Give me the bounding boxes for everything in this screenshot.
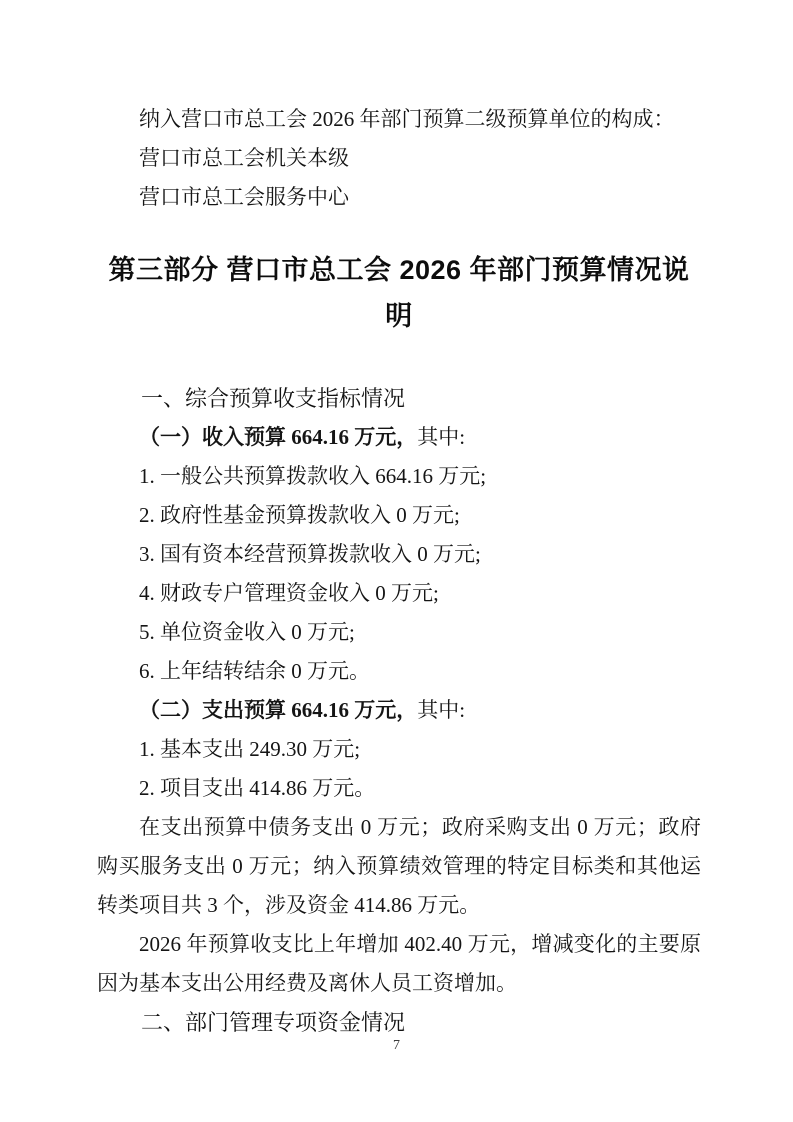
income-lead-bold: （一）收入预算 664.16 万元， (139, 425, 417, 449)
intro-composition-paragraph: 纳入营口市总工会 2026 年部门预算二级预算单位的构成： (97, 100, 701, 139)
unit-line-2: 营口市总工会服务中心 (97, 178, 701, 217)
expense-lead-suffix: 其中: (417, 698, 465, 722)
income-lead-line: （一）收入预算 664.16 万元，其中: (97, 418, 701, 457)
expense-item-1: 1. 基本支出 249.30 万元; (97, 730, 701, 769)
unit-line-1: 营口市总工会机关本级 (97, 139, 701, 178)
income-item-2: 2. 政府性基金预算拨款收入 0 万元; (97, 496, 701, 535)
expense-detail-paragraph: 在支出预算中债务支出 0 万元；政府采购支出 0 万元；政府购买服务支出 0 万… (97, 808, 701, 925)
section-one-title: 一、综合预算收支指标情况 (97, 379, 701, 418)
expense-lead-line: （二）支出预算 664.16 万元，其中: (97, 691, 701, 730)
document-page: 纳入营口市总工会 2026 年部门预算二级预算单位的构成： 营口市总工会机关本级… (0, 0, 793, 1122)
income-item-4: 4. 财政专户管理资金收入 0 万元; (97, 574, 701, 613)
income-item-5: 5. 单位资金收入 0 万元; (97, 613, 701, 652)
income-item-3: 3. 国有资本经营预算拨款收入 0 万元; (97, 535, 701, 574)
expense-lead-bold: （二）支出预算 664.16 万元， (139, 698, 417, 722)
income-lead-suffix: 其中: (417, 425, 465, 449)
part-three-heading: 第三部分 营口市总工会 2026 年部门预算情况说明 (97, 247, 701, 339)
income-item-1: 1. 一般公共预算拨款收入 664.16 万元; (97, 457, 701, 496)
budget-change-paragraph: 2026 年预算收支比上年增加 402.40 万元，增减变化的主要原因为基本支出… (97, 925, 701, 1003)
income-item-6: 6. 上年结转结余 0 万元。 (97, 652, 701, 691)
page-number: 7 (0, 1036, 793, 1056)
expense-item-2: 2. 项目支出 414.86 万元。 (97, 769, 701, 808)
